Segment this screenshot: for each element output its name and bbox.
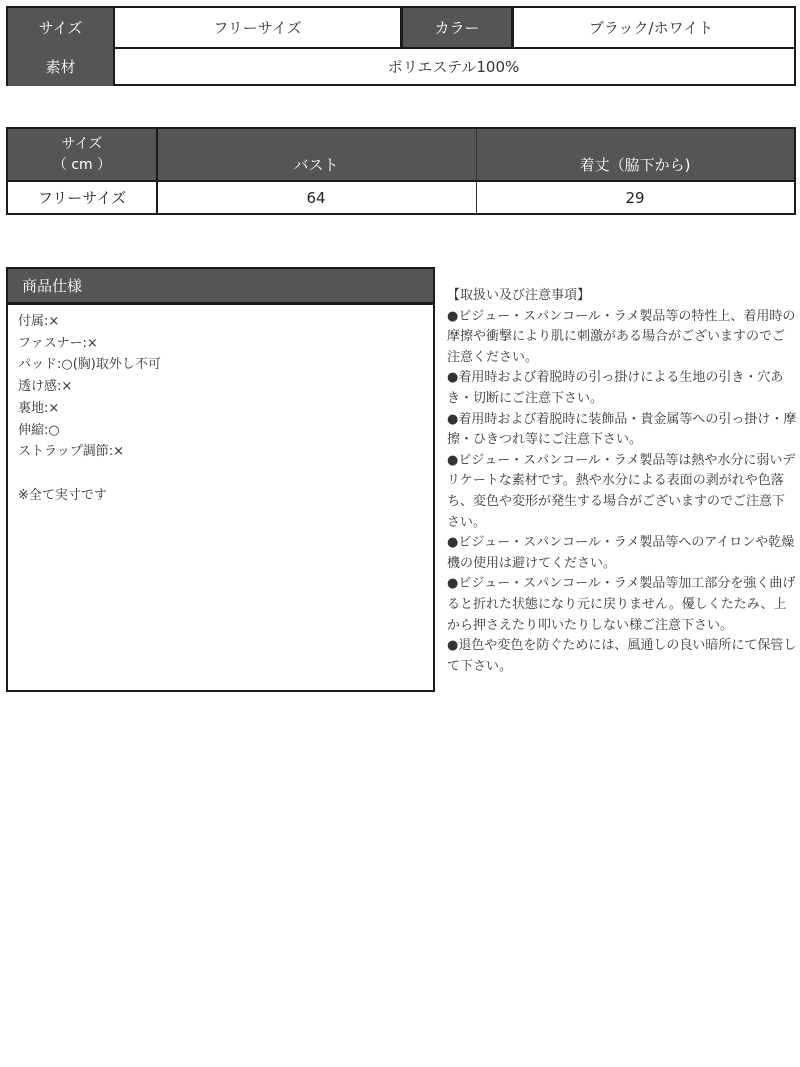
spec-item-lining: 裏地:× — [18, 398, 423, 420]
cell-size: フリーサイズ — [8, 182, 158, 213]
header-size-line1: サイズ — [62, 134, 103, 155]
size-table-header: サイズ （ cm ） バスト 着丈（脇下から) — [8, 129, 794, 182]
header-bust: バスト — [156, 129, 477, 180]
table-row: フリーサイズ 64 29 — [8, 182, 794, 213]
color-label: カラー — [400, 8, 514, 47]
spec-footnote: ※全て実寸です — [18, 485, 423, 507]
spacer — [18, 463, 423, 485]
material-value: ポリエステル100% — [113, 47, 794, 86]
material-label: 素材 — [8, 47, 115, 86]
spec-item-sheerness: 透け感:× — [18, 376, 423, 398]
spec-list: 付属:× ファスナー:× パッド:○(胸)取外し不可 透け感:× 裏地:× 伸縮… — [18, 311, 423, 506]
note-paragraph: ●退色や変色を防ぐためには、風通しの良い暗所にて保管して下さい。 — [447, 636, 797, 677]
header-length: 着丈（脇下から) — [476, 129, 794, 180]
info-row-material: 素材 ポリエステル100% — [8, 47, 794, 86]
size-label: サイズ — [8, 8, 115, 47]
note-paragraph: ●着用時および着脱時の引っ掛けによる生地の引き・穴あき・切断にご注意下さい。 — [447, 368, 797, 409]
note-paragraph: ●ビジュー・スパンコール・ラメ製品等加工部分を強く曲げると折れた状態になり元に戻… — [447, 574, 797, 636]
care-notes: 【取扱い及び注意事項】 ●ビジュー・スパンコール・ラメ製品等の特性上、着用時の摩… — [447, 286, 797, 677]
header-size-unit: （ cm ） — [53, 155, 111, 176]
spec-item-fastener: ファスナー:× — [18, 333, 423, 355]
color-value: ブラック/ホワイト — [508, 8, 794, 47]
size-table: サイズ （ cm ） バスト 着丈（脇下から) フリーサイズ 64 29 — [6, 127, 796, 215]
product-spec-box: 商品仕様 付属:× ファスナー:× パッド:○(胸)取外し不可 透け感:× 裏地… — [6, 267, 435, 692]
spec-item-stretch: 伸縮:○ — [18, 420, 423, 442]
spec-title: 商品仕様 — [8, 269, 433, 305]
product-info-table: サイズ フリーサイズ カラー ブラック/ホワイト 素材 ポリエステル100% — [6, 6, 796, 86]
note-paragraph: ●ビジュー・スパンコール・ラメ製品等の特性上、着用時の摩擦や衝撃により肌に刺激が… — [447, 307, 797, 369]
spec-item-pad: パッド:○(胸)取外し不可 — [18, 354, 423, 376]
cell-bust: 64 — [156, 182, 477, 213]
cell-length: 29 — [476, 182, 794, 213]
info-row-size-color: サイズ フリーサイズ カラー ブラック/ホワイト — [8, 8, 794, 49]
size-value: フリーサイズ — [113, 8, 402, 47]
note-paragraph: ●ビジュー・スパンコール・ラメ製品等は熱や水分に弱いデリケートな素材です。熱や水… — [447, 451, 797, 533]
note-paragraph: ●着用時および着脱時に装飾品・貴金属等への引っ掛け・摩擦・ひきつれ等にご注意下さ… — [447, 410, 797, 451]
spec-item-accessory: 付属:× — [18, 311, 423, 333]
header-size: サイズ （ cm ） — [8, 129, 158, 180]
note-paragraph: ●ビジュー・スパンコール・ラメ製品等へのアイロンや乾燥機の使用は避けてください。 — [447, 533, 797, 574]
notes-title: 【取扱い及び注意事項】 — [447, 286, 797, 307]
spec-item-strap: ストラップ調節:× — [18, 441, 423, 463]
